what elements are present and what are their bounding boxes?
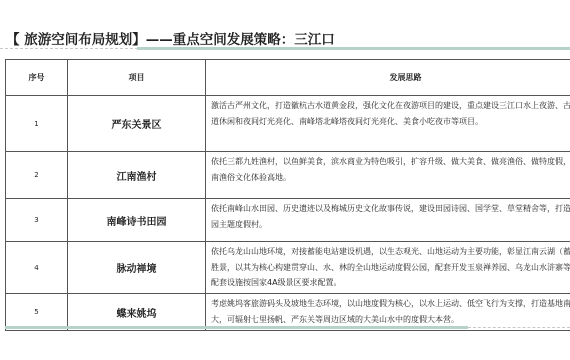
row-index: 3 <box>6 199 68 242</box>
row-project-name: 江南渔村 <box>68 152 206 199</box>
column-header-project: 项目 <box>68 60 206 96</box>
table-header-row: 序号 项目 发展思路 <box>6 60 570 96</box>
row-project-name: 严东关景区 <box>68 96 206 152</box>
column-header-index: 序号 <box>6 60 68 96</box>
row-project-name: 蝶来姚坞 <box>68 294 206 331</box>
title-accent-bar <box>137 47 570 50</box>
column-header-strategy: 发展思路 <box>206 60 570 96</box>
row-strategy-text: 激活古严州文化，打造徽杭古水道黄金段，强化文化在夜游项目的建设，重点建设三江口水… <box>206 96 570 152</box>
strategy-table-container: 序号 项目 发展思路 1 严东关景区 激活古严州文化，打造徽杭古水道黄金段，强化… <box>5 59 570 331</box>
row-strategy-text: 依托三都九姓渔村，以鱼鲜美食，滨水商业为特色吸引，扩容升级、做大美食、做亮渔俗、… <box>206 152 570 199</box>
page-title: 【 旅游空间布局规划】——重点空间发展策略：三江口 <box>6 28 335 48</box>
row-index: 1 <box>6 96 68 152</box>
row-project-name: 脉动禅境 <box>68 242 206 294</box>
footer-dashed-divider <box>468 327 570 328</box>
row-project-name: 南峰诗书田园 <box>68 199 206 242</box>
row-index: 5 <box>6 294 68 331</box>
table-row: 1 严东关景区 激活古严州文化，打造徽杭古水道黄金段，强化文化在夜游项目的建设，… <box>6 96 570 152</box>
title-dashed-divider <box>0 48 138 49</box>
table-row: 4 脉动禅境 依托乌龙山山地环境，对接蓄能电站建设机遇，以生态观光、山地运动为主… <box>6 242 570 294</box>
row-strategy-text: 依托南峰山水田园、历史遗迹以及梅城历史文化故事传说，建设田园诗园、国学堂、草堂精… <box>206 199 570 242</box>
table-row: 5 蝶来姚坞 考虑姚坞客旅游码头及坡地生态环境，以山地度假为核心，以水上运动、低… <box>6 294 570 331</box>
row-strategy-text: 依托乌龙山山地环境，对接蓄能电站建设机遇，以生态观光、山地运动为主要功能，彰显江… <box>206 242 570 294</box>
row-index: 2 <box>6 152 68 199</box>
row-index: 4 <box>6 242 68 294</box>
strategy-table: 序号 项目 发展思路 1 严东关景区 激活古严州文化，打造徽杭古水道黄金段，强化… <box>5 59 570 331</box>
table-row: 2 江南渔村 依托三都九姓渔村，以鱼鲜美食，滨水商业为特色吸引，扩容升级、做大美… <box>6 152 570 199</box>
slide-page: 【 旅游空间布局规划】——重点空间发展策略：三江口 序号 项目 发展思路 1 严… <box>0 0 570 360</box>
footer-accent-bar <box>5 326 468 329</box>
row-strategy-text: 考虑姚坞客旅游码头及坡地生态环境，以山地度假为核心，以水上运动、低空飞行为支撑，… <box>206 294 570 331</box>
table-row: 3 南峰诗书田园 依托南峰山水田园、历史遗迹以及梅城历史文化故事传说，建设田园诗… <box>6 199 570 242</box>
